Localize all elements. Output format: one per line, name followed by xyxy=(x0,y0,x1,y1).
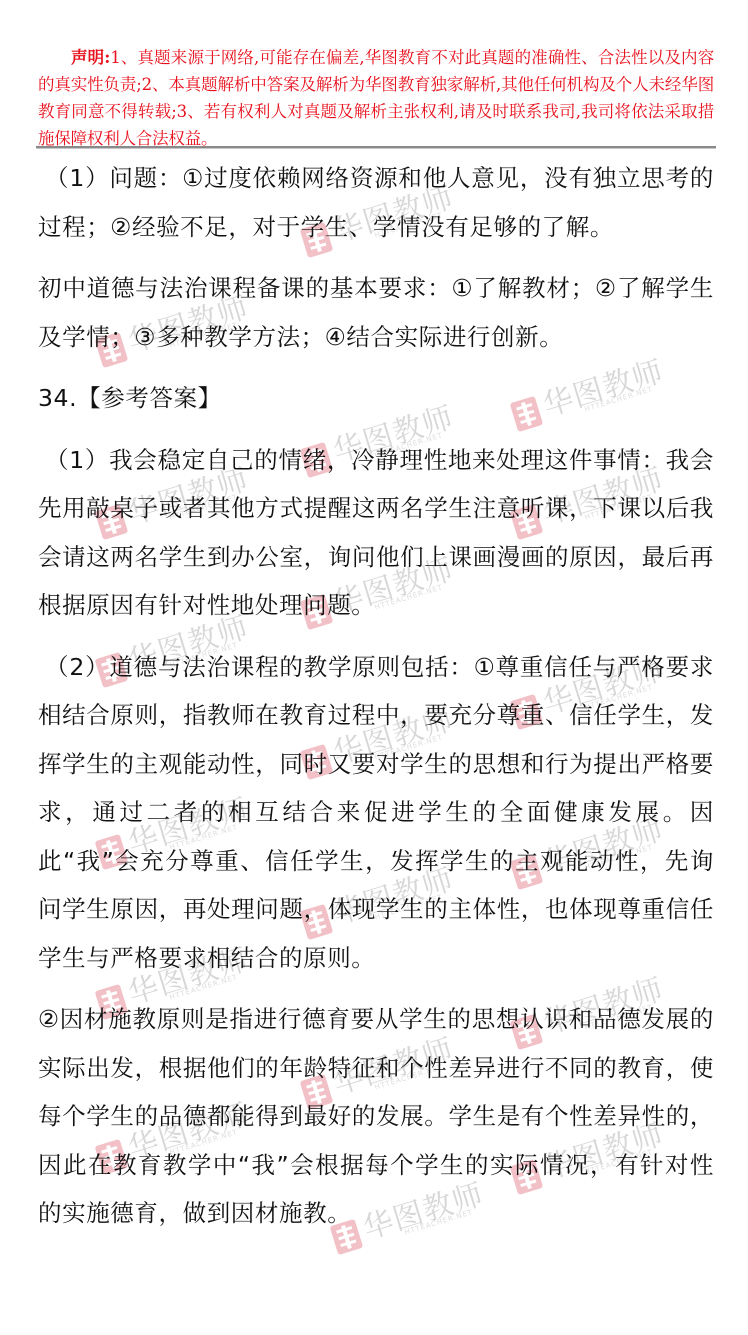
answer-paragraph: （2）道德与法治课程的教学原则包括：①尊重信任与严格要求相结合原则，指教师在教育… xyxy=(38,643,714,983)
disclaimer-notice: 声明:1、真题来源于网络,可能存在偏差,华图教育不对此真题的准确性、合法性以及内… xyxy=(38,44,714,152)
answer-paragraph: 初中道德与法治课程备课的基本要求：①了解教材；②了解学生及学情；③多种教学方法；… xyxy=(38,264,714,361)
question-heading: 34.【参考答案】 xyxy=(38,374,714,423)
answer-content: （1）问题：①过度依赖网络资源和他人意见，没有独立思考的过程；②经验不足，对于学… xyxy=(38,154,714,1245)
answer-paragraph: ②因材施教原则是指进行德育要从学生的思想认识和品德发展的实际出发，根据他们的年龄… xyxy=(38,995,714,1238)
disclaimer-text: 1、真题来源于网络,可能存在偏差,华图教育不对此真题的准确性、合法性以及内容的真… xyxy=(38,48,714,148)
disclaimer-lead: 声明: xyxy=(71,48,110,67)
answer-paragraph: （1）我会稳定自己的情绪，冷静理性地来处理这件事情：我会先用敲桌子或者其他方式提… xyxy=(38,436,714,630)
answer-paragraph: （1）问题：①过度依赖网络资源和他人意见，没有独立思考的过程；②经验不足，对于学… xyxy=(38,154,714,251)
header-divider xyxy=(36,146,716,148)
